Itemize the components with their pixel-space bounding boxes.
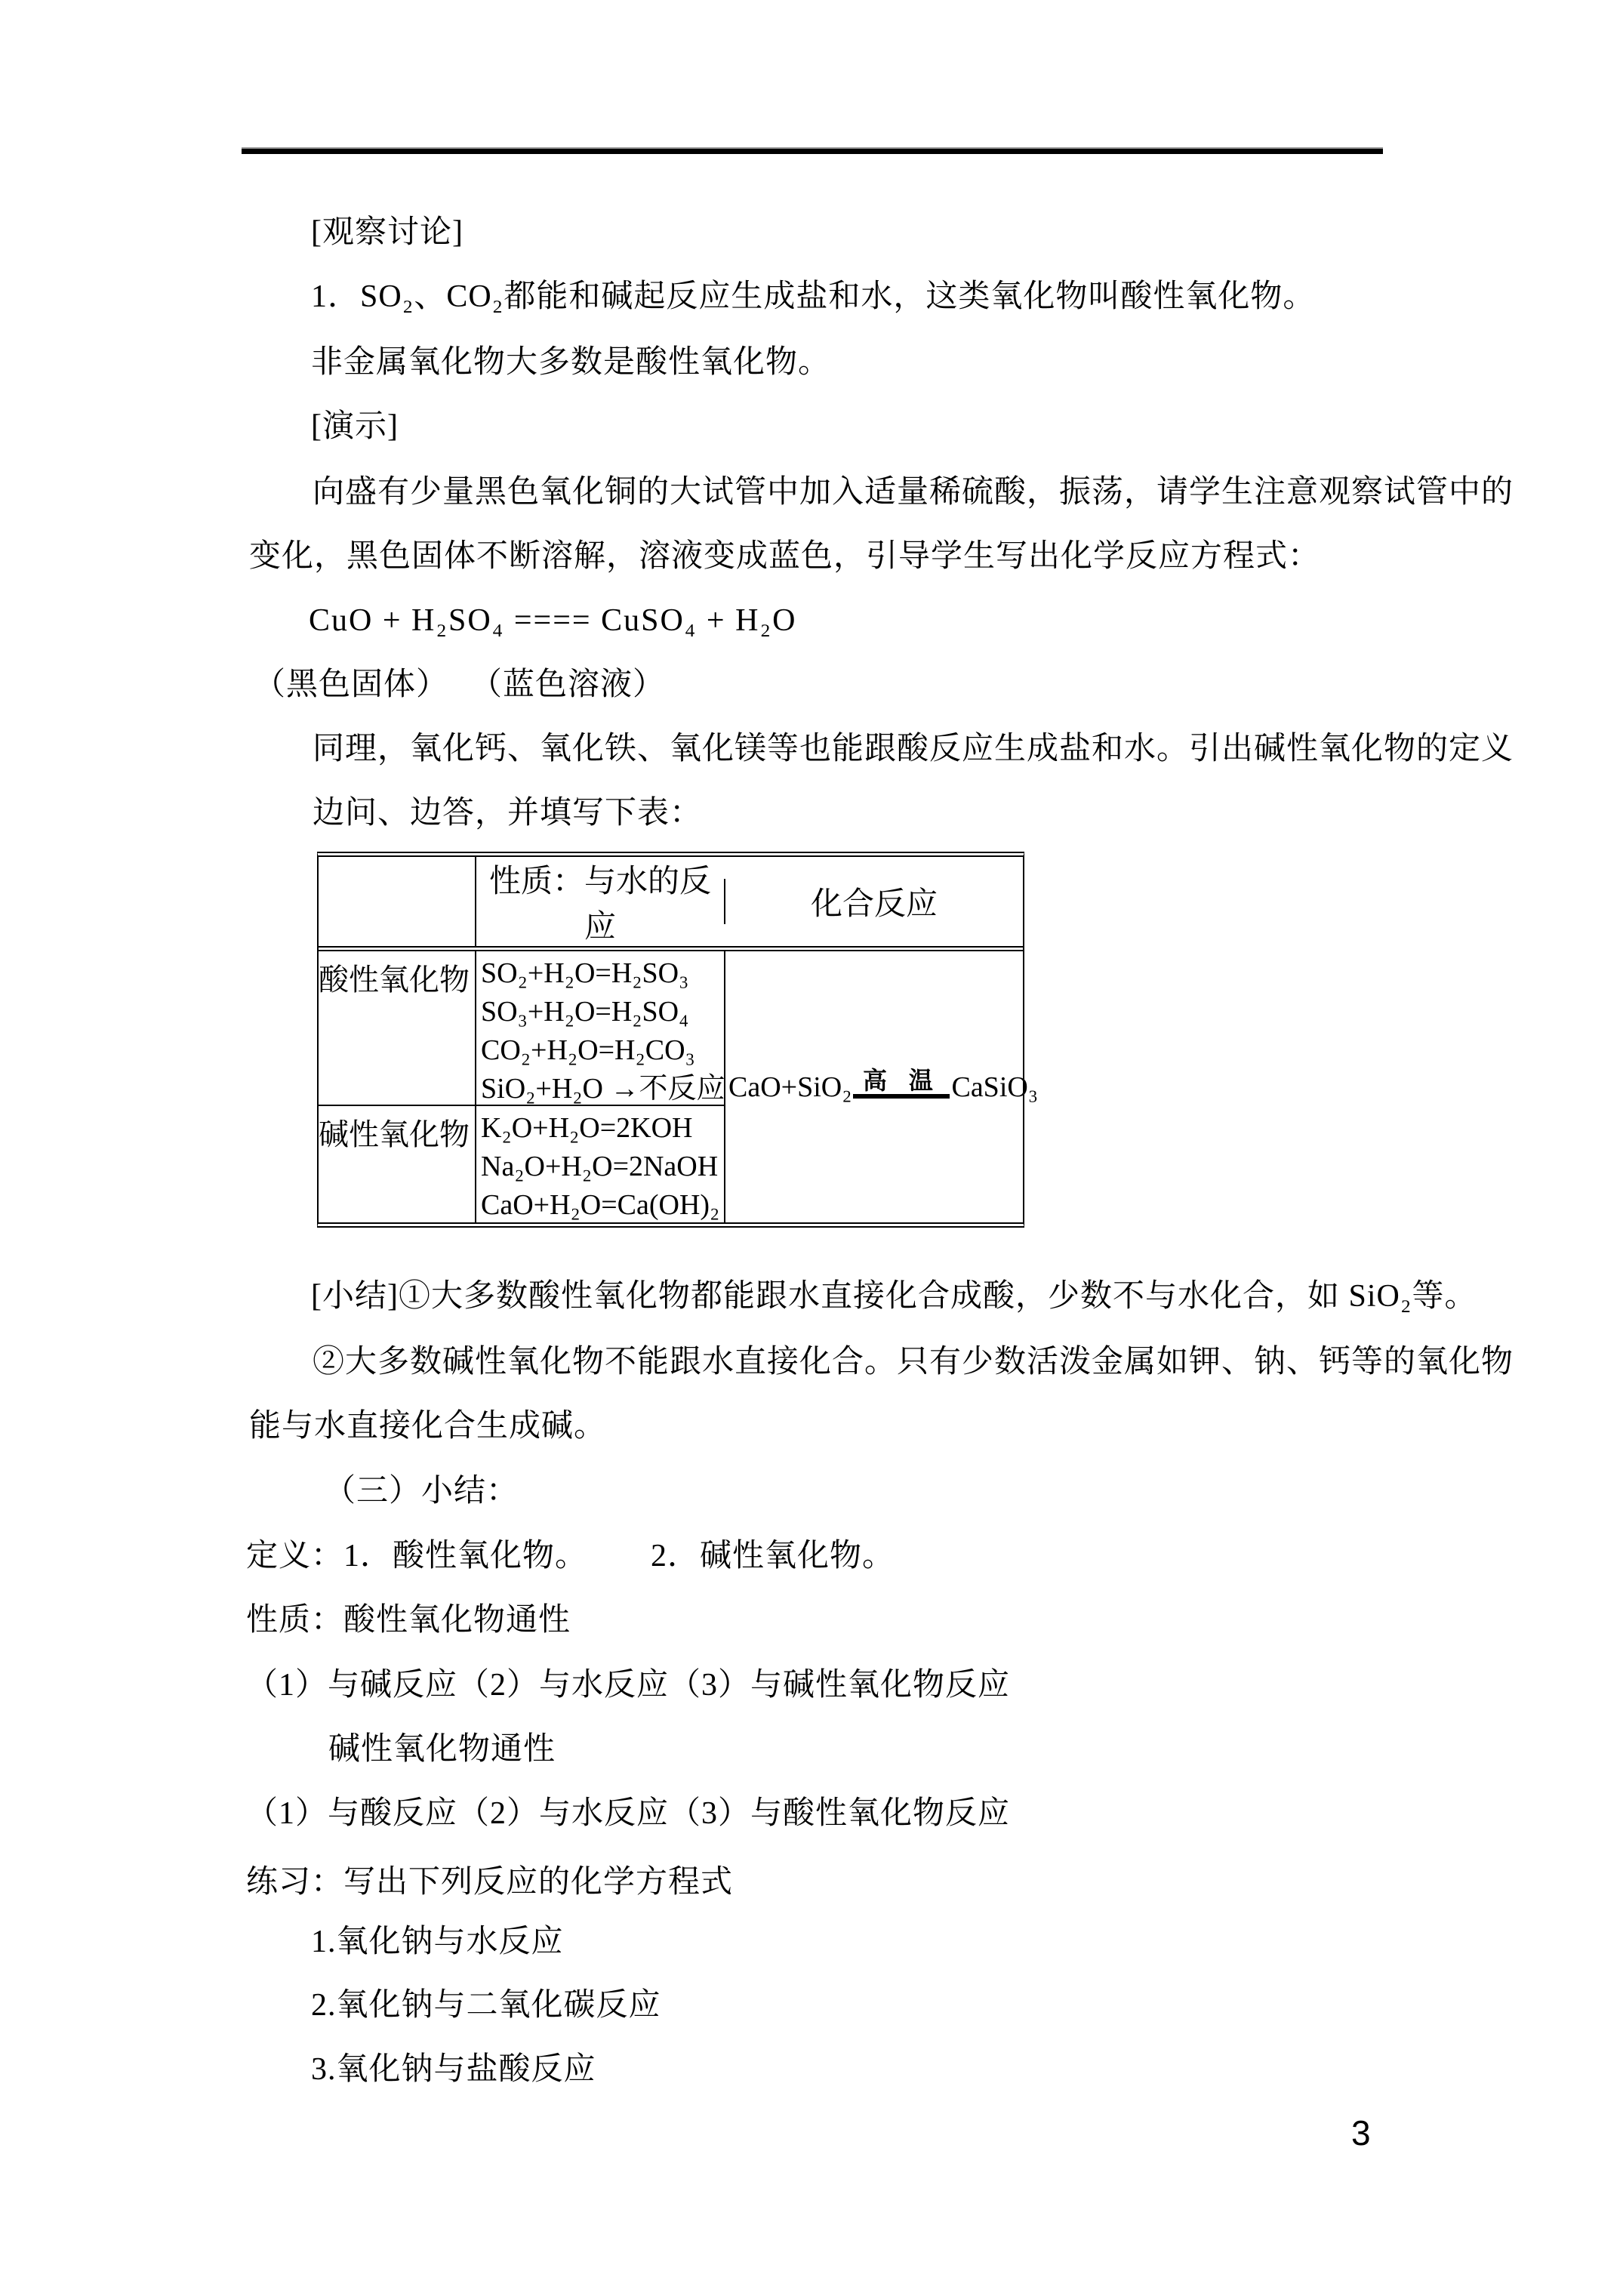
basic-properties-heading: 碱性氧化物通性 <box>328 1730 556 1768</box>
table-body: 酸性氧化物 SO₂+H₂O=H₂SO₃ SO₃+H₂O=H₂SO₄ CO₂+H₂… <box>319 951 1023 1222</box>
demo-tag: [演示] <box>311 408 399 445</box>
observe-point-2: 非金属氧化物大多数是酸性氧化物。 <box>311 344 830 381</box>
basic-properties-list: （1）与酸反应（2）与水反应（3）与酸性氧化物反应 <box>246 1795 1010 1832</box>
high-temperature-label: 高 温 <box>863 1067 941 1094</box>
table-row-basic-oxide: 碱性氧化物 K₂O+H₂O=2KOH Na₂O+H₂O=2NaOH CaO+H₂… <box>319 1106 724 1222</box>
equation-sio2: SiO₂+H₂O →不反应 <box>481 1070 724 1108</box>
conclusion-heading: （三）小结： <box>324 1472 519 1510</box>
demo-paragraph-line-1: 向盛有少量黑色氧化铜的大试管中加入适量稀硫酸，振荡，请学生注意观察试管中的 <box>313 473 1514 511</box>
acidic-oxide-equations: SO₂+H₂O=H₂SO₃ SO₃+H₂O=H₂SO₄ CO₂+H₂O=H₂CO… <box>475 951 724 1105</box>
combination-reaction-cell: CaO+SiO₂ 高 温 CaSiO₃ <box>724 951 1038 1222</box>
basic-oxide-equations: K₂O+H₂O=2KOH Na₂O+H₂O=2NaOH CaO+H₂O=Ca(O… <box>475 1106 724 1222</box>
document-page: [观察讨论] 1．SO₂、CO₂都能和碱起反应生成盐和水，这类氧化物叫酸性氧化物… <box>0 0 1623 2296</box>
oxide-comparison-table: 性质：与水的反应 化合反应 酸性氧化物 SO₂+H₂O=H₂SO₃ SO₃+H₂… <box>317 852 1024 1228</box>
equation-so3: SO₃+H₂O=H₂SO₄ <box>481 993 724 1031</box>
summary-line-3: 能与水直接化合生成碱。 <box>249 1407 606 1445</box>
exercise-item-1: 1.氧化钠与水反应 <box>311 1923 564 1961</box>
cao-sio2-reaction: CaO+SiO₂ 高 温 CaSiO₃ <box>728 1071 1038 1104</box>
equation-so2: SO₂+H₂O=H₂SO₃ <box>481 954 724 993</box>
header-rule <box>242 149 1383 154</box>
analogy-line-1: 同理，氧化钙、氧化铁、氧化镁等也能跟酸反应生成盐和水。引出碱性氧化物的定义 <box>313 730 1514 768</box>
definitions-line: 定义：1．酸性氧化物。2．碱性氧化物。 <box>246 1537 895 1575</box>
reaction-condition-line <box>853 1094 950 1099</box>
cuo-h2so4-equation: CuO + H₂SO₄ ==== CuSO₄ + H₂O <box>309 602 796 639</box>
equation-state-labels: （黑色固体）（蓝色溶液） <box>254 666 665 704</box>
reaction-right: CaSiO₃ <box>951 1071 1038 1104</box>
black-solid-label: （黑色固体） <box>254 667 448 702</box>
basic-oxide-label: 碱性氧化物 <box>319 1106 475 1222</box>
blue-solution-label: （蓝色溶液） <box>486 667 665 702</box>
table-left-columns: 酸性氧化物 SO₂+H₂O=H₂SO₃ SO₃+H₂O=H₂SO₄ CO₂+H₂… <box>319 951 724 1222</box>
reaction-left: CaO+SiO₂ <box>728 1071 852 1104</box>
summary-line-1: [小结]①大多数酸性氧化物都能跟水直接化合成酸，少数不与水化合，如 SiO₂等。 <box>311 1277 1477 1315</box>
analogy-line-2: 边问、边答，并填写下表： <box>313 794 702 832</box>
observe-tag: [观察讨论] <box>311 214 463 251</box>
observe-point-1: 1．SO₂、CO₂都能和碱起反应生成盐和水，这类氧化物叫酸性氧化物。 <box>311 278 1315 316</box>
properties-heading: 性质：酸性氧化物通性 <box>246 1601 571 1639</box>
table-row-acidic-oxide: 酸性氧化物 SO₂+H₂O=H₂SO₃ SO₃+H₂O=H₂SO₄ CO₂+H₂… <box>319 951 724 1106</box>
acidic-properties-list: （1）与碱反应（2）与水反应（3）与碱性氧化物反应 <box>246 1666 1010 1704</box>
demo-paragraph-line-2: 变化，黑色固体不断溶解，溶液变成蓝色，引导学生写出化学反应方程式： <box>249 538 1320 575</box>
acidic-oxide-label: 酸性氧化物 <box>319 951 475 1105</box>
exercise-item-3: 3.氧化钠与盐酸反应 <box>311 2051 596 2088</box>
page-number: 3 <box>1351 2113 1371 2153</box>
table-header-combination: 化合反应 <box>724 879 1023 924</box>
equation-na2o: Na₂O+H₂O=2NaOH <box>481 1148 724 1186</box>
equation-cao: CaO+H₂O=Ca(OH)₂ <box>481 1186 724 1225</box>
reaction-condition: 高 温 <box>853 1067 950 1099</box>
exercise-item-2: 2.氧化钠与二氧化碳反应 <box>311 1986 661 2024</box>
equation-k2o: K₂O+H₂O=2KOH <box>481 1109 724 1148</box>
summary-line-2: ②大多数碱性氧化物不能跟水直接化合。只有少数活泼金属如钾、钠、钙等的氧化物 <box>313 1343 1514 1381</box>
definition-basic: 2．碱性氧化物。 <box>651 1539 895 1573</box>
table-header-row: 性质：与水的反应 化合反应 <box>319 857 1023 951</box>
table-header-properties: 性质：与水的反应 <box>475 856 724 947</box>
definition-acidic: 定义：1．酸性氧化物。 <box>246 1539 587 1573</box>
exercise-heading: 练习：写出下列反应的化学方程式 <box>246 1863 733 1901</box>
equation-co2: CO₂+H₂O=H₂CO₃ <box>481 1031 724 1070</box>
